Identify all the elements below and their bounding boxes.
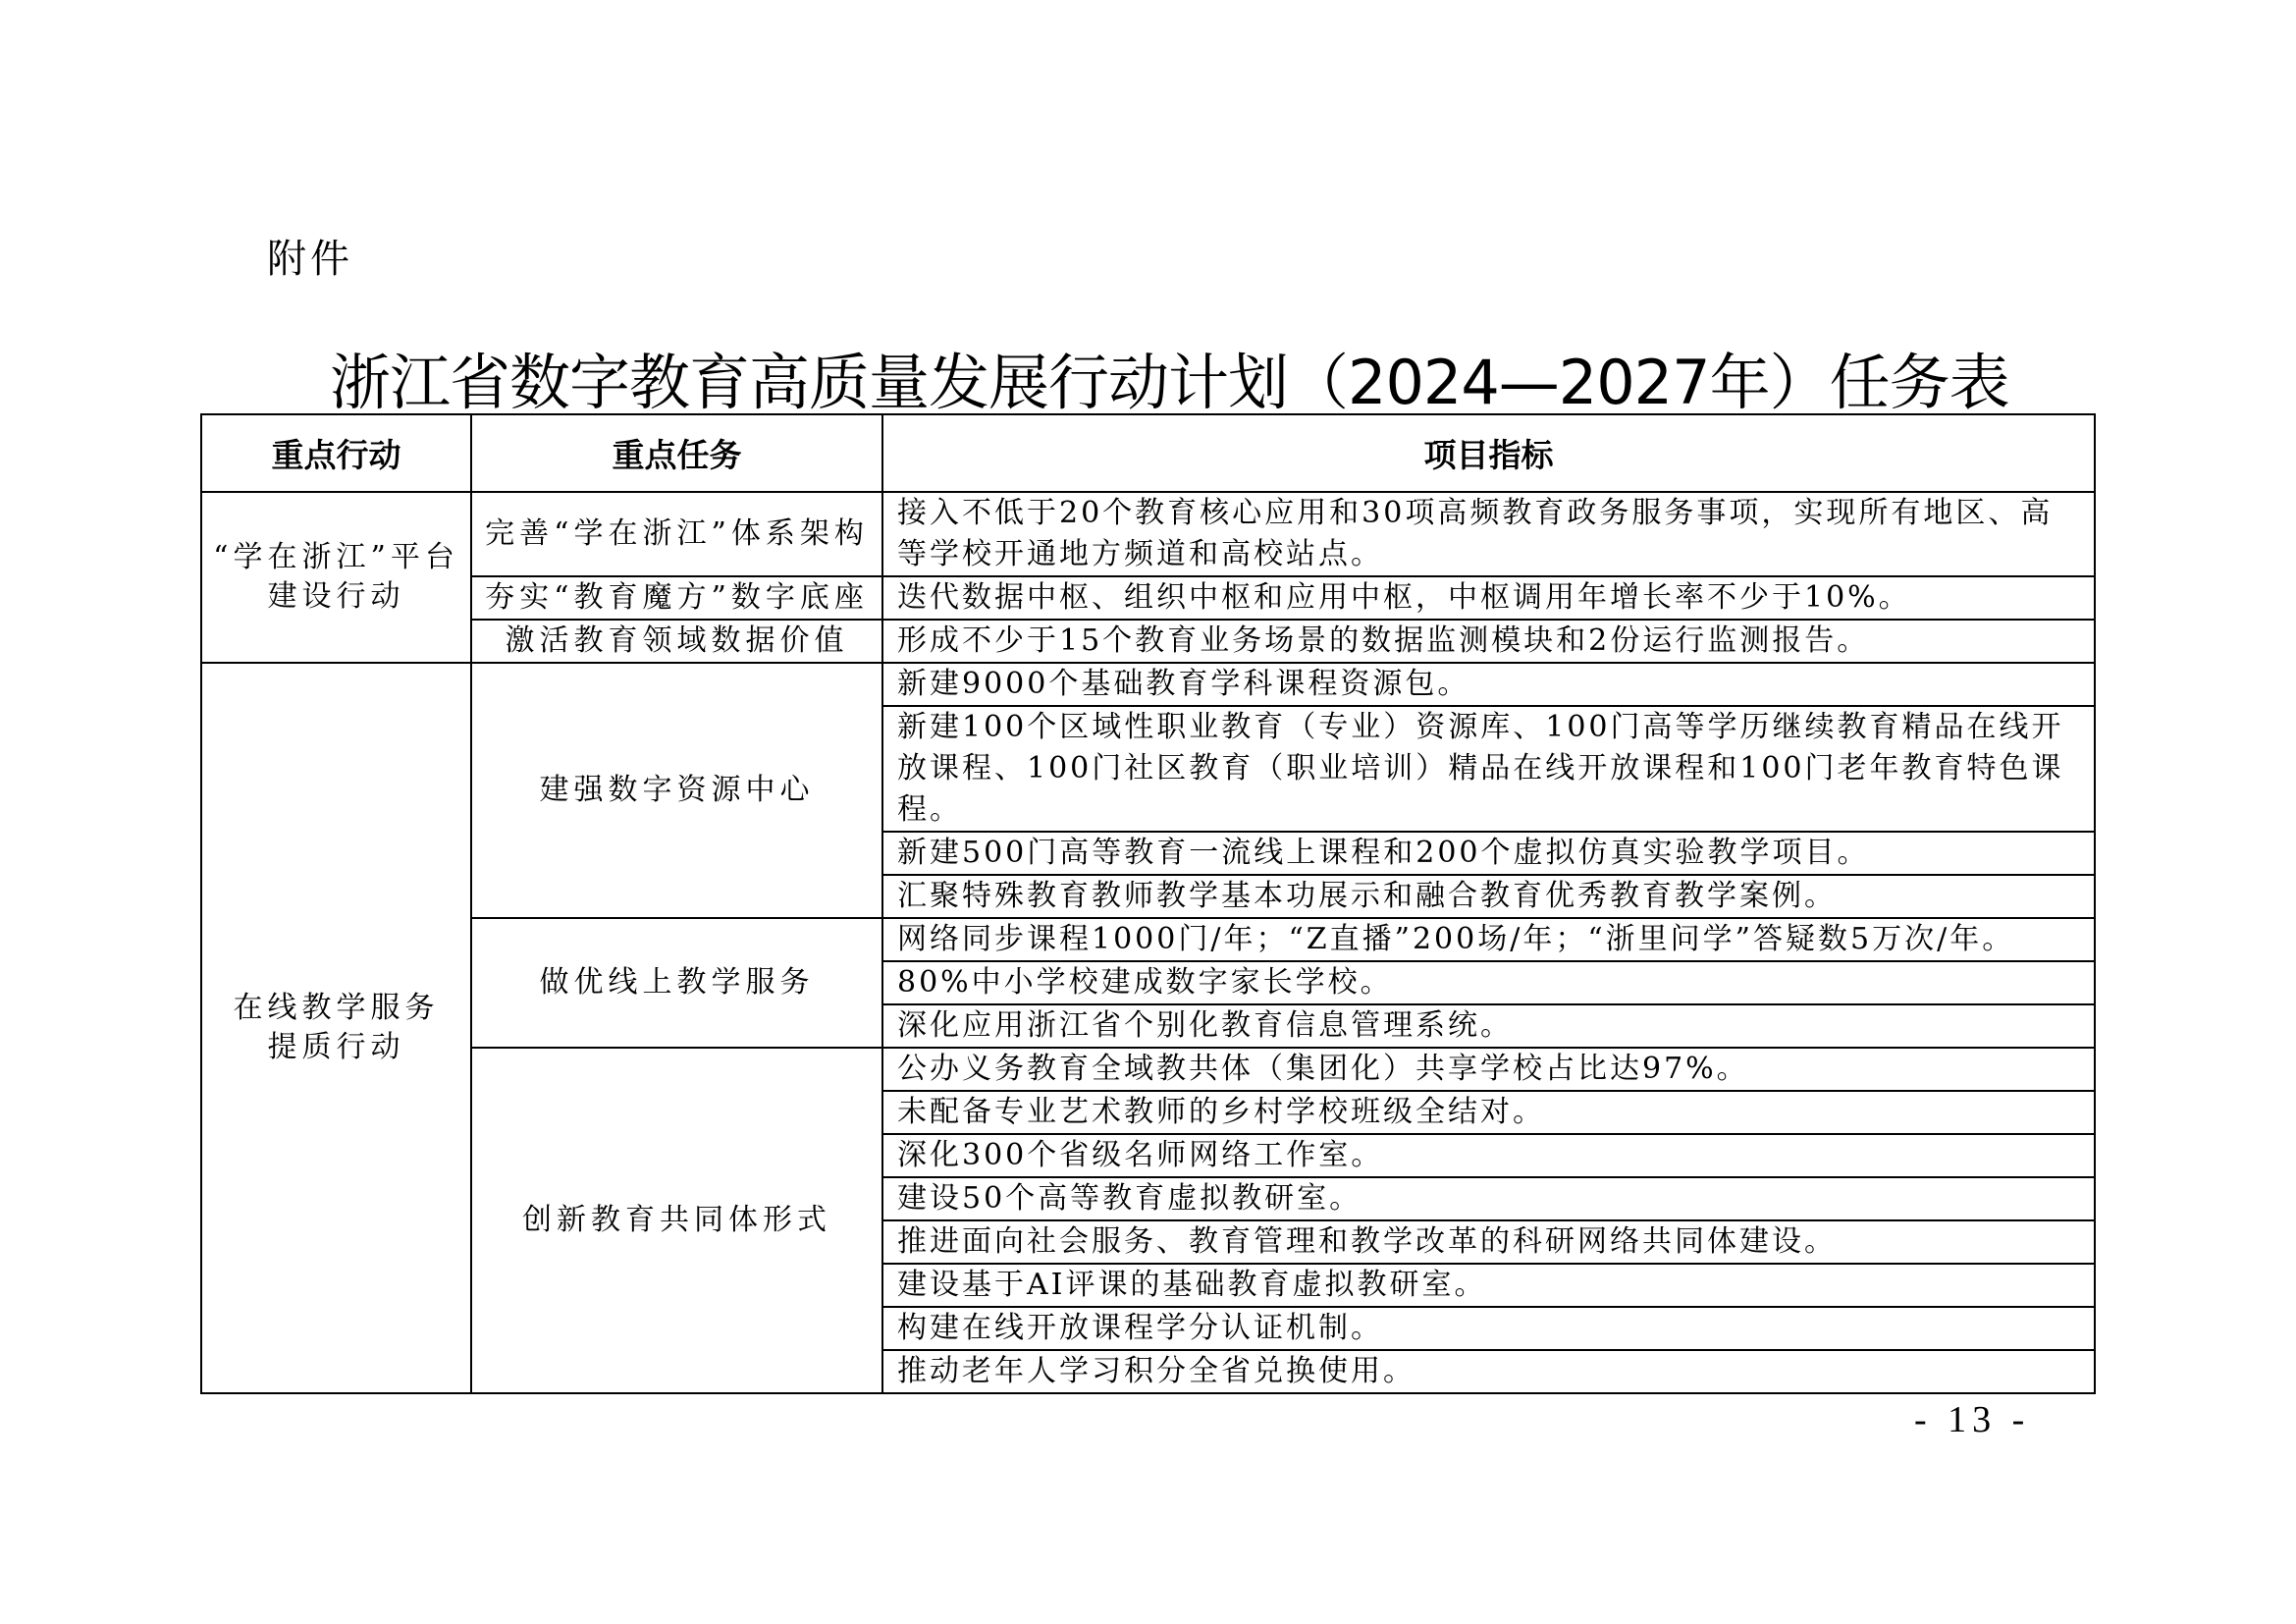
indicator-cell: 未配备专业艺术教师的乡村学校班级全结对。	[882, 1091, 2095, 1134]
indicator-cell: 汇聚特殊教育教师教学基本功展示和融合教育优秀教育教学案例。	[882, 875, 2095, 918]
page-number: - 13 -	[1914, 1398, 2030, 1441]
task-table: 重点行动 重点任务 项目指标 “学在浙江”平台 建设行动 完善“学在浙江”体系架…	[200, 413, 2096, 1394]
header-indicator: 项目指标	[882, 414, 2095, 492]
indicator-cell: 形成不少于15个教育业务场景的数据监测模块和2份运行监测报告。	[882, 620, 2095, 663]
action-line: “学在浙江”平台	[202, 538, 470, 577]
indicator-cell: 建设50个高等教育虚拟教研室。	[882, 1177, 2095, 1220]
action-line: 提质行动	[202, 1028, 470, 1067]
table-row: 做优线上教学服务 网络同步课程1000门/年；“Z直播”200场/年；“浙里问学…	[201, 918, 2095, 961]
table-row: “学在浙江”平台 建设行动 完善“学在浙江”体系架构 接入不低于20个教育核心应…	[201, 492, 2095, 576]
header-key-task: 重点任务	[471, 414, 882, 492]
indicator-cell: 推动老年人学习积分全省兑换使用。	[882, 1350, 2095, 1393]
task-cell: 夯实“教育魔方”数字底座	[471, 576, 882, 620]
indicator-cell: 迭代数据中枢、组织中枢和应用中枢，中枢调用年增长率不少于10%。	[882, 576, 2095, 620]
task-cell: 激活教育领域数据价值	[471, 620, 882, 663]
table-row: 在线教学服务 提质行动 建强数字资源中心 新建9000个基础教育学科课程资源包。	[201, 663, 2095, 706]
page-title: 浙江省数字教育高质量发展行动计划（2024—2027年）任务表	[330, 334, 2009, 421]
table-row: 创新教育共同体形式 公办义务教育全域教共体（集团化）共享学校占比达97%。	[201, 1048, 2095, 1091]
indicator-cell: 新建9000个基础教育学科课程资源包。	[882, 663, 2095, 706]
indicator-cell: 建设基于AI评课的基础教育虚拟教研室。	[882, 1264, 2095, 1307]
indicator-cell: 接入不低于20个教育核心应用和30项高频教育政务服务事项，实现所有地区、高等学校…	[882, 492, 2095, 576]
task-cell: 完善“学在浙江”体系架构	[471, 492, 882, 576]
indicator-cell: 网络同步课程1000门/年；“Z直播”200场/年；“浙里问学”答疑数5万次/年…	[882, 918, 2095, 961]
indicator-cell: 构建在线开放课程学分认证机制。	[882, 1307, 2095, 1350]
table-row: 激活教育领域数据价值 形成不少于15个教育业务场景的数据监测模块和2份运行监测报…	[201, 620, 2095, 663]
action-cell: 在线教学服务 提质行动	[201, 663, 471, 1393]
action-cell: “学在浙江”平台 建设行动	[201, 492, 471, 663]
table-header-row: 重点行动 重点任务 项目指标	[201, 414, 2095, 492]
indicator-cell: 新建100个区域性职业教育（专业）资源库、100门高等学历继续教育精品在线开放课…	[882, 706, 2095, 832]
header-key-action: 重点行动	[201, 414, 471, 492]
table-row: 夯实“教育魔方”数字底座 迭代数据中枢、组织中枢和应用中枢，中枢调用年增长率不少…	[201, 576, 2095, 620]
indicator-cell: 推进面向社会服务、教育管理和教学改革的科研网络共同体建设。	[882, 1220, 2095, 1264]
attachment-label: 附件	[267, 228, 353, 284]
action-line: 在线教学服务	[202, 989, 470, 1028]
action-line: 建设行动	[202, 577, 470, 617]
indicator-cell: 新建500门高等教育一流线上课程和200个虚拟仿真实验教学项目。	[882, 832, 2095, 875]
indicator-cell: 公办义务教育全域教共体（集团化）共享学校占比达97%。	[882, 1048, 2095, 1091]
task-cell: 做优线上教学服务	[471, 918, 882, 1048]
task-cell: 建强数字资源中心	[471, 663, 882, 918]
indicator-cell: 深化应用浙江省个别化教育信息管理系统。	[882, 1004, 2095, 1048]
indicator-cell: 深化300个省级名师网络工作室。	[882, 1134, 2095, 1177]
task-cell: 创新教育共同体形式	[471, 1048, 882, 1393]
indicator-cell: 80%中小学校建成数字家长学校。	[882, 961, 2095, 1004]
